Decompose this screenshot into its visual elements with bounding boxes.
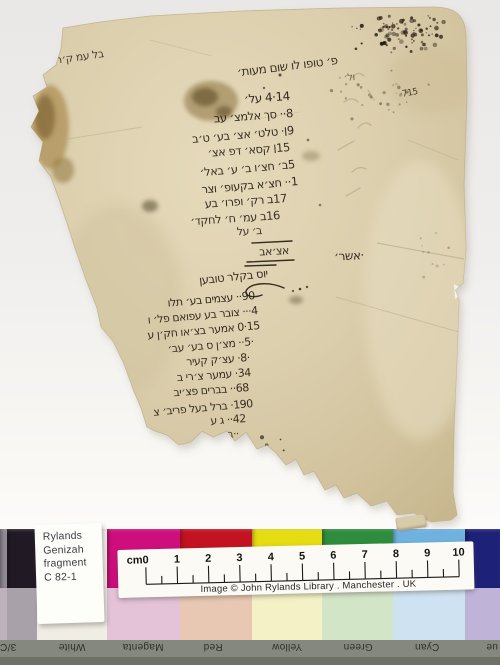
script-line: 9·· bbox=[214, 459, 226, 472]
ruler-number: 10 bbox=[452, 547, 465, 559]
ruler: cm012345678910 Image © John Rylands Libr… bbox=[117, 541, 474, 598]
shelfmark-label: RylandsGenizahfragmentC 82-1 bbox=[34, 523, 104, 624]
script-line: אצ׳אב bbox=[259, 244, 289, 259]
ruler-number: 6 bbox=[330, 550, 336, 562]
ruler-unit-label: cm bbox=[127, 554, 143, 566]
ruler-number: 8 bbox=[393, 548, 399, 560]
ruler-number: 3 bbox=[236, 552, 242, 564]
ruler-number: 1 bbox=[174, 553, 180, 565]
ruler-number: 2 bbox=[205, 553, 211, 565]
ruler-number: 9 bbox=[424, 547, 430, 559]
ruler-number: 0 bbox=[142, 554, 148, 566]
script-line: ב׳ על bbox=[236, 224, 262, 238]
ruler-number: 7 bbox=[362, 549, 368, 561]
script-line: ·אשר׳ bbox=[334, 248, 364, 264]
shelfmark-text: RylandsGenizahfragmentC 82-1 bbox=[34, 523, 103, 585]
ruler-number: 4 bbox=[268, 551, 275, 563]
script-line: ול׳ · bbox=[338, 72, 355, 84]
shelfmark-line: C 82-1 bbox=[44, 569, 103, 584]
script-line: 42·· ג ע bbox=[210, 412, 246, 427]
ruler-number: 5 bbox=[299, 550, 305, 562]
photo-stage: בל עמ ק׳רפ׳ טופו לו שום מעות׳ול׳ ·715·14… bbox=[0, 0, 500, 665]
script-line: ·7· bbox=[221, 443, 234, 456]
